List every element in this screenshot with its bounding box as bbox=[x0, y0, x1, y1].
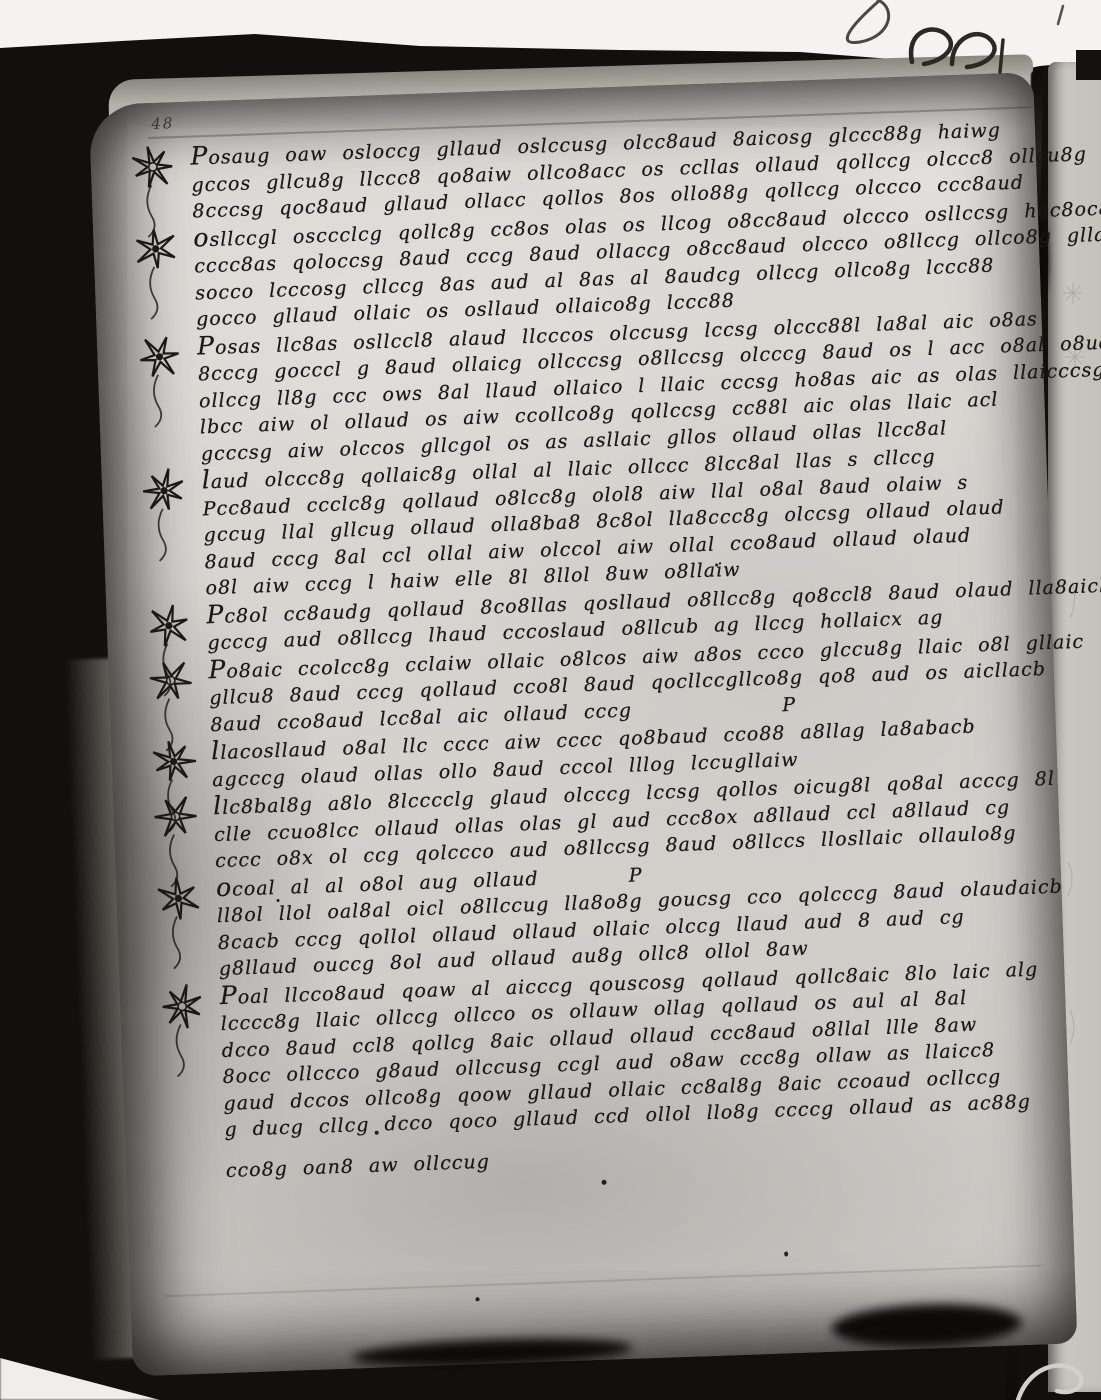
binding-thread-bottom bbox=[0, 0, 1101, 1400]
manuscript-photo: 48 Posaug oaw osloccg gllaud oslccusg ol… bbox=[0, 0, 1101, 1400]
thread-loop bbox=[1018, 1365, 1081, 1400]
